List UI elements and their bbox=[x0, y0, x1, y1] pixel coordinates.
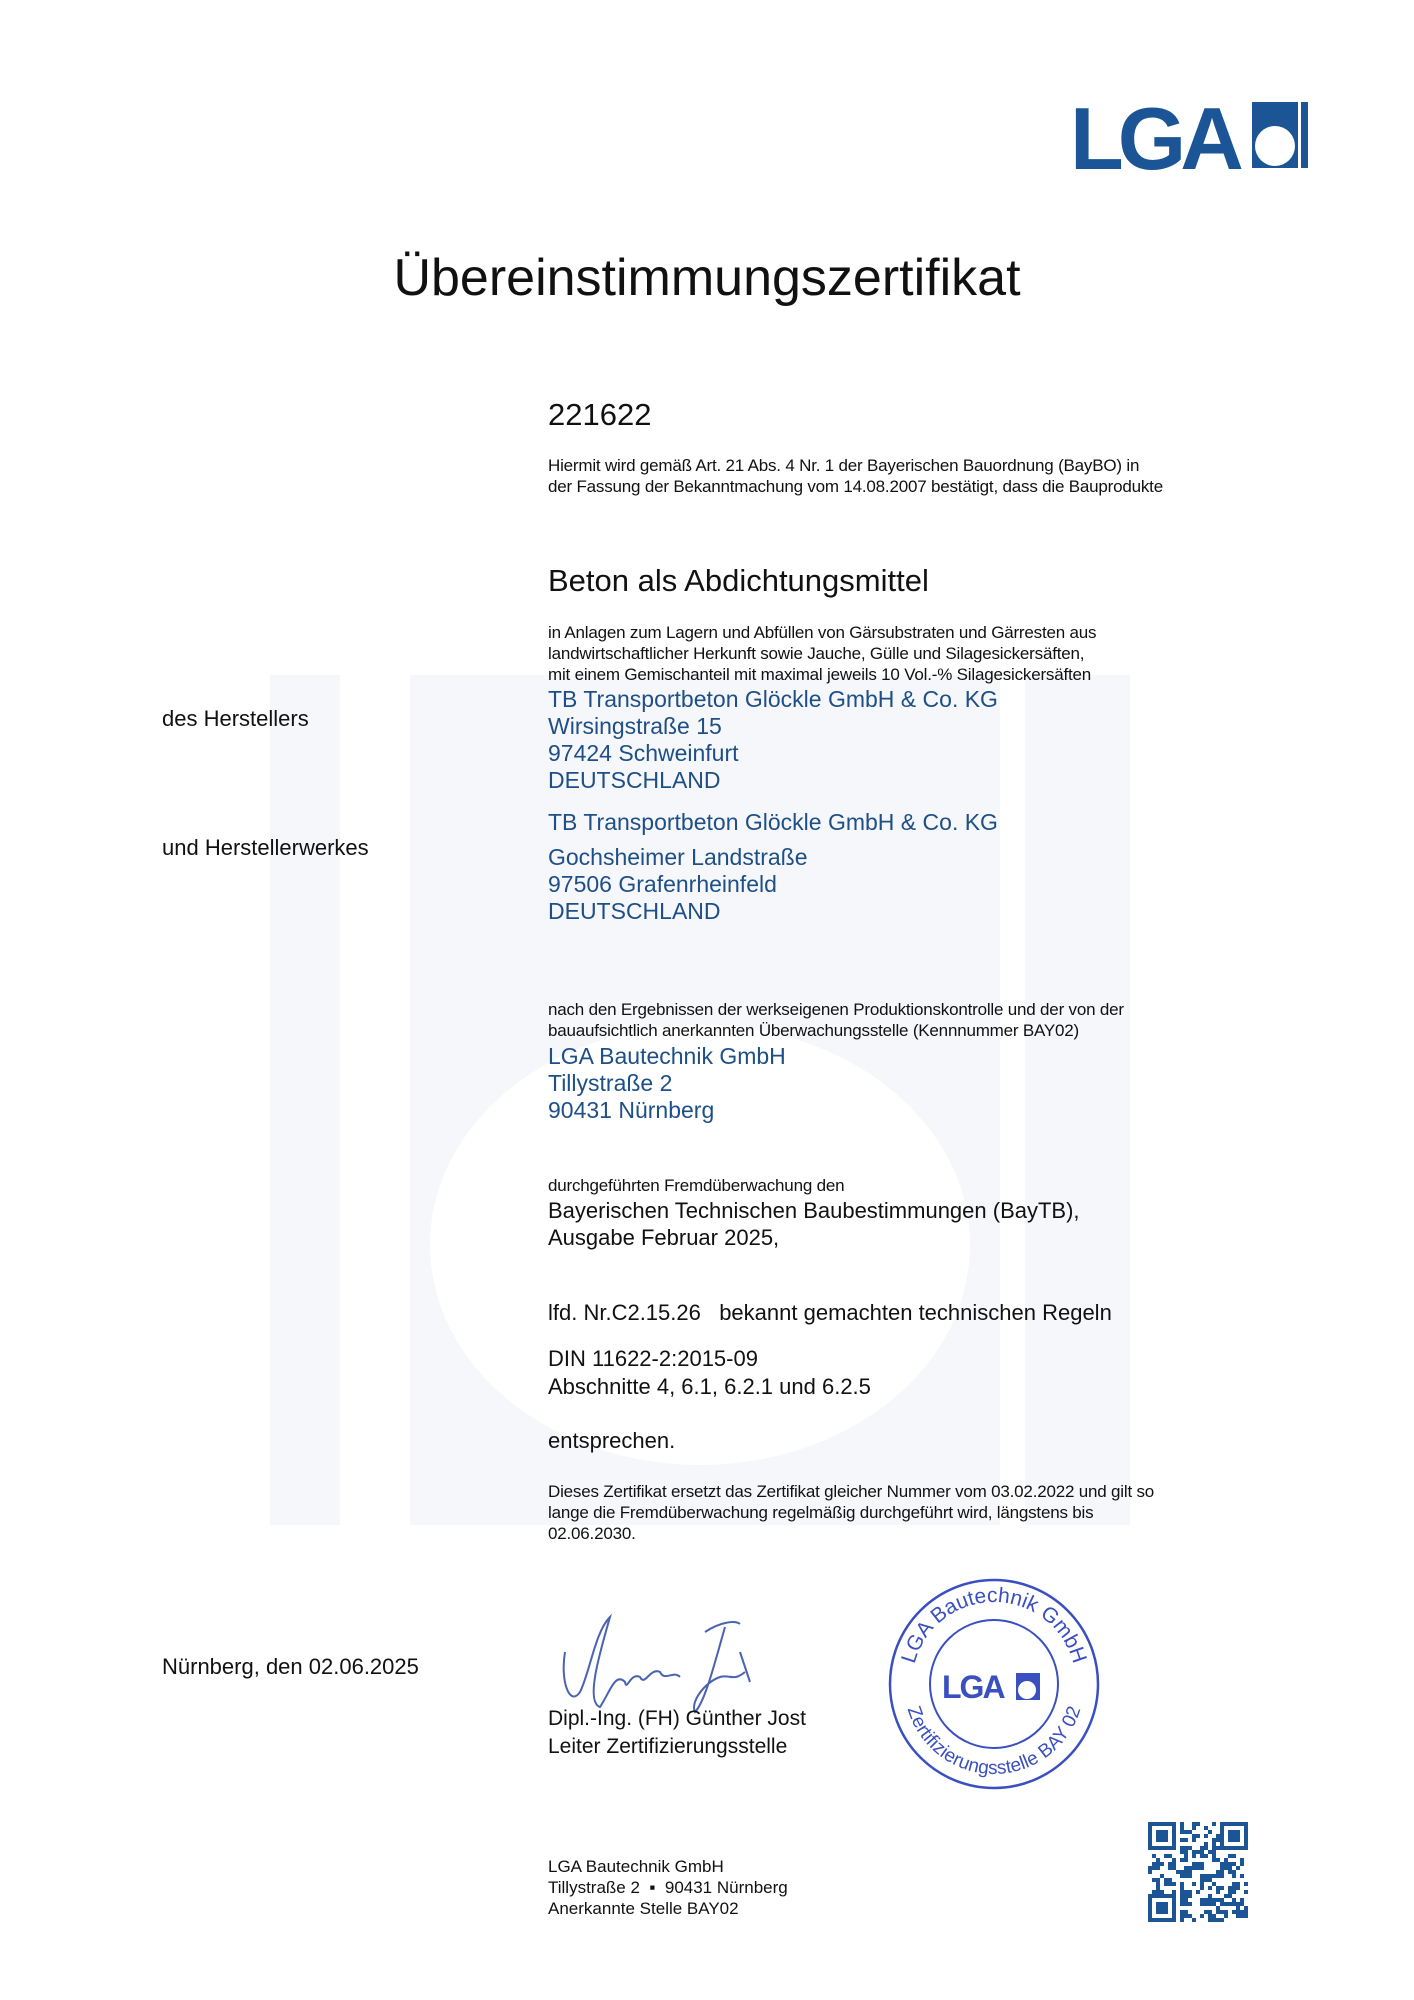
standard-reference: DIN 11622-2:2015-09 Abschnitte 4, 6.1, 6… bbox=[548, 1345, 871, 1401]
inspection-body-address: LGA Bautechnik GmbH Tillystraße 2 90431 … bbox=[548, 1043, 786, 1124]
product-description: in Anlagen zum Lagern und Abfüllen von G… bbox=[548, 622, 1096, 685]
validity-text: Dieses Zertifikat ersetzt das Zertifikat… bbox=[548, 1481, 1154, 1544]
regulation-lines: Bayerischen Technischen Baubestimmungen … bbox=[548, 1197, 1080, 1251]
svg-text:LGA Bautechnik GmbH: LGA Bautechnik GmbH bbox=[897, 1584, 1091, 1666]
manufacturer-label: des Herstellers bbox=[162, 706, 309, 732]
stamp-icon: LGA Bautechnik GmbH Zertifizierungsstell… bbox=[882, 1572, 1107, 1797]
place-date: Nürnberg, den 02.06.2025 bbox=[162, 1654, 419, 1680]
qr-code[interactable] bbox=[1148, 1822, 1248, 1927]
certificate-number: 221622 bbox=[548, 396, 651, 434]
svg-text:LGA: LGA bbox=[1070, 100, 1242, 172]
manufacturer-address: TB Transportbeton Glöckle GmbH & Co. KG … bbox=[548, 686, 998, 794]
conclusion-text: entsprechen. bbox=[548, 1427, 675, 1454]
lga-logo: LGA bbox=[1070, 100, 1310, 177]
inspection-text: nach den Ergebnissen der werkseigenen Pr… bbox=[548, 999, 1124, 1041]
regulation-intro: durchgeführten Fremdüberwachung den bbox=[548, 1175, 844, 1196]
svg-text:Zertifizierungsstelle BAY 02: Zertifizierungsstelle BAY 02 bbox=[903, 1704, 1086, 1780]
lga-logo-icon: LGA bbox=[1070, 100, 1310, 172]
footer-address: LGA Bautechnik GmbH Tillystraße 2 ▪ 9043… bbox=[548, 1856, 788, 1919]
certification-stamp: LGA Bautechnik GmbH Zertifizierungsstell… bbox=[882, 1572, 1107, 1802]
watermark-gap bbox=[1000, 675, 1025, 1525]
plant-address: Gochsheimer Landstraße 97506 Grafenrhein… bbox=[548, 844, 808, 925]
signatory-role: Leiter Zertifizierungsstelle bbox=[548, 1734, 787, 1760]
regulation-reference: lfd. Nr.C2.15.26 bekannt gemachten techn… bbox=[548, 1299, 1112, 1326]
product-name: Beton als Abdichtungsmittel bbox=[548, 562, 929, 600]
watermark-bar-left bbox=[270, 675, 340, 1525]
intro-text: Hiermit wird gemäß Art. 21 Abs. 4 Nr. 1 … bbox=[548, 455, 1163, 497]
document-title: Übereinstimmungszertifikat bbox=[0, 248, 1414, 308]
svg-text:LGA: LGA bbox=[942, 1669, 1005, 1705]
plant-label: und Herstellerwerkes bbox=[162, 835, 369, 861]
signatory-name: Dipl.-Ing. (FH) Günther Jost bbox=[548, 1706, 806, 1732]
qr-code-icon bbox=[1148, 1822, 1248, 1922]
plant-name: TB Transportbeton Glöckle GmbH & Co. KG bbox=[548, 809, 998, 836]
